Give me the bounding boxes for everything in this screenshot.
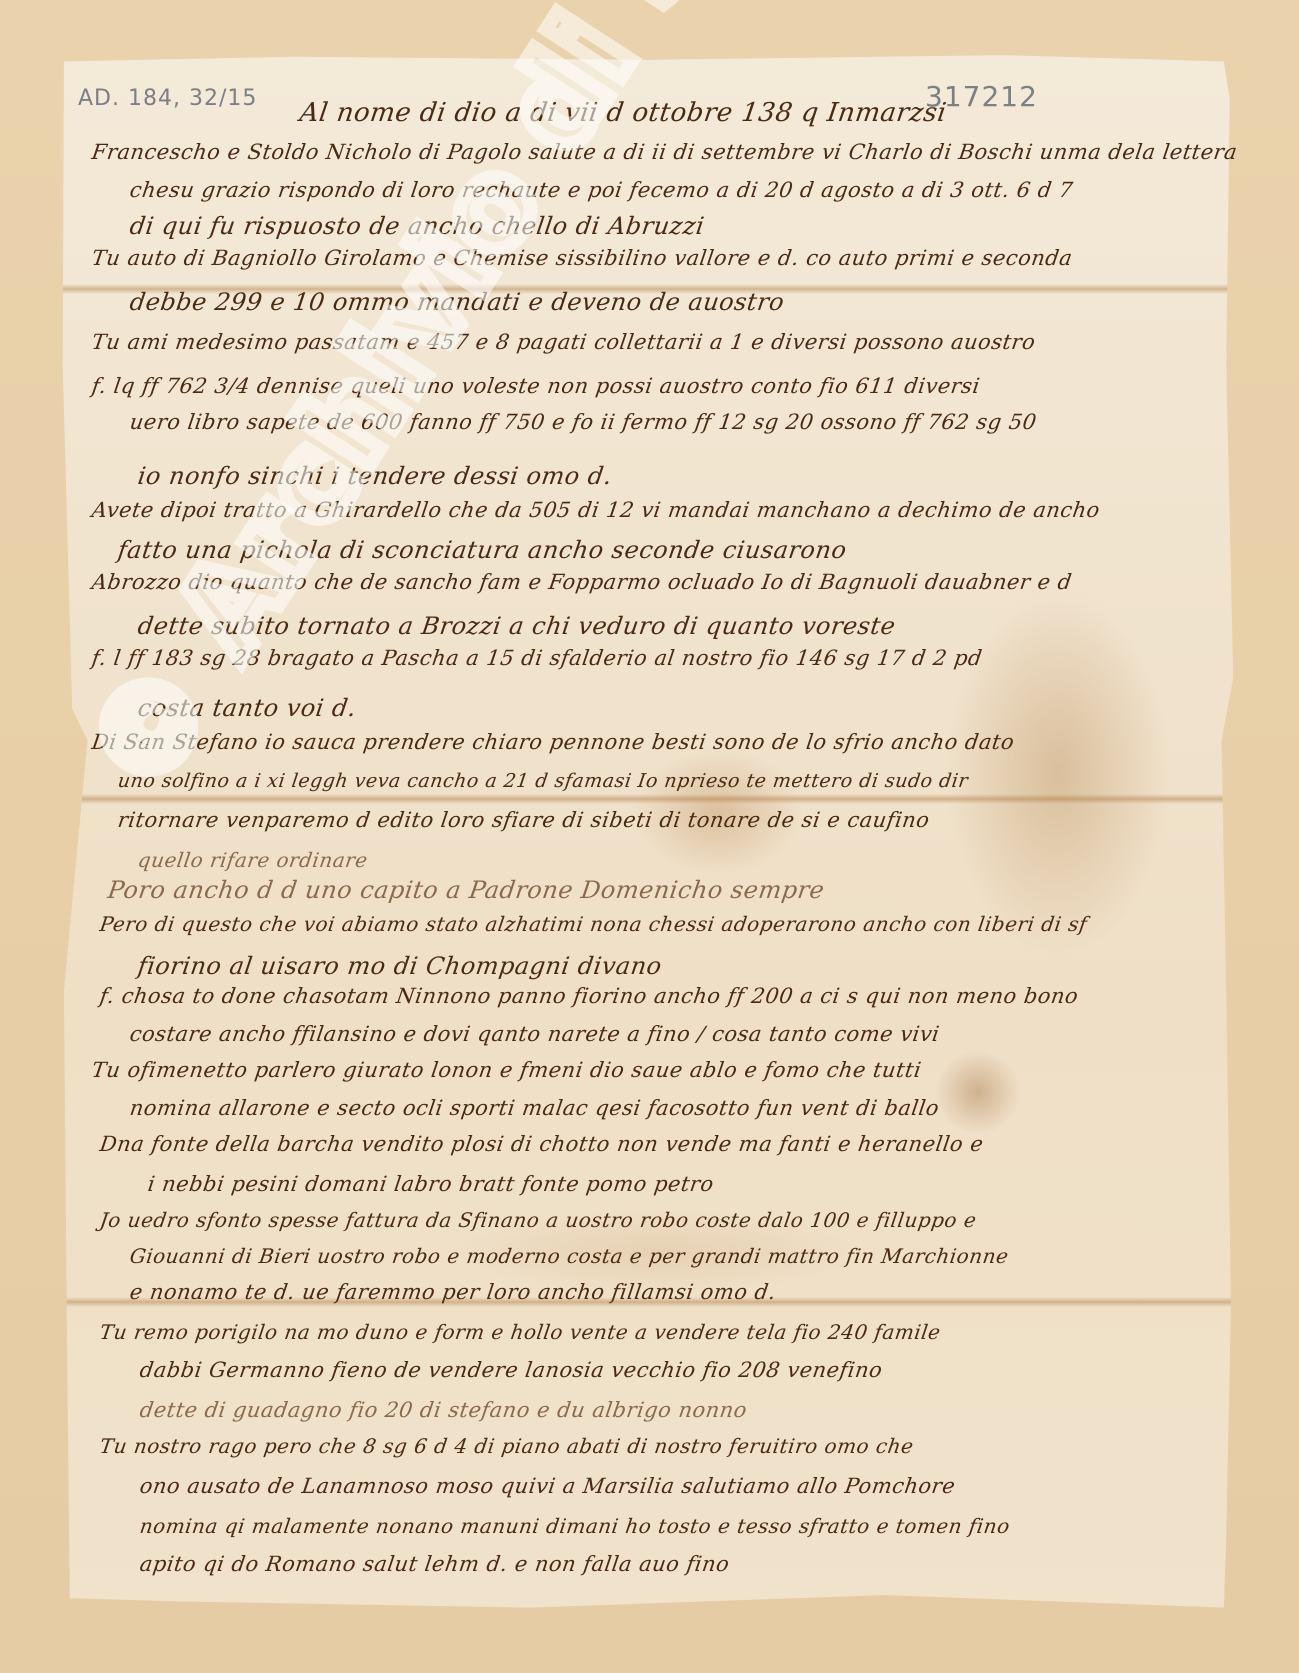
text-line: f. chosa to done chasotam Ninnono panno …	[98, 984, 1080, 1008]
manuscript-sheet	[58, 52, 1238, 1617]
text-line: costare ancho ffilansino e dovi qanto na…	[128, 1022, 941, 1046]
text-line: di qui fu rispuosto de ancho chello di A…	[128, 212, 706, 240]
text-line: io nonfo sinchi i tendere dessi omo d.	[136, 462, 614, 490]
text-line: uno solfino a i xi leggh veva cancho a 2…	[116, 770, 969, 792]
text-line: debbe 299 e 10 ommo mandati e deveno de …	[128, 288, 786, 316]
text-line: apito qi do Romano salut lehm d. e non f…	[138, 1552, 731, 1576]
text-line: i nebbi pesini domani labro bratt fonte …	[146, 1172, 715, 1196]
text-line: Jo uedro sfonto spesse fattura da Sfinan…	[98, 1208, 978, 1232]
text-line: Francescho e Stoldo Nicholo di Pagolo sa…	[90, 140, 1239, 164]
letter-heading: Al nome di dio a di vii d ottobre 138 q …	[298, 98, 949, 128]
text-line: fiorino al uisaro mo di Chompagni divano	[136, 952, 664, 980]
text-line: dabbi Germanno fieno de vendere lanosia …	[138, 1358, 884, 1382]
text-line: nomina qi malamente nonano manuni dimani…	[138, 1514, 1011, 1538]
text-line: Tu ami medesimo passatam e 457 e 8 pagat…	[90, 330, 1037, 354]
image-viewer-background: AD. 184, 32/15 317212 Al nome di dio a d…	[0, 0, 1299, 1673]
text-line: f. lq ff 762 3/4 dennise queli uno voles…	[90, 374, 981, 398]
text-line: Tu ofimenetto parlero giurato lonon e fm…	[90, 1058, 923, 1082]
text-line: Tu remo porigilo na mo duno e form e hol…	[98, 1320, 942, 1344]
text-line: costa tanto voi d.	[136, 694, 358, 722]
text-line: quello rifare ordinare	[136, 848, 369, 872]
text-line: dette subito tornato a Brozzi a chi vedu…	[136, 612, 897, 640]
fold-crease	[58, 794, 1238, 804]
shelfmark-annotation: AD. 184, 32/15	[78, 86, 257, 111]
text-line: fatto una pichola di sconciatura ancho s…	[116, 536, 848, 564]
text-line: e nonamo te d. ue faremmo per loro ancho…	[128, 1280, 777, 1304]
text-line: Tu nostro rago pero che 8 sg 6 d 4 di pi…	[98, 1434, 915, 1458]
text-line: uero libro sapete de 600 fanno ff 750 e …	[128, 410, 1038, 434]
text-line: f. l ff 183 sg 28 bragato a Pascha a 15 …	[90, 646, 983, 670]
text-line: ono ausato de Lanamnoso moso quivi a Mar…	[138, 1474, 957, 1498]
text-line: ritornare venparemo d edito loro sfiare …	[116, 808, 931, 832]
text-line: chesu grazio rispondo di loro rechaute e…	[128, 178, 1074, 202]
text-line: Abrozzo dio quanto che de sancho fam e F…	[90, 570, 1073, 594]
text-line: Dna fonte della barcha vendito plosi di …	[98, 1132, 985, 1156]
text-line: dette di guadagno fio 20 di stefano e du…	[138, 1398, 748, 1422]
text-line: Pero di questo che voi abiamo stato alzh…	[98, 912, 1089, 936]
text-line: Giouanni di Bieri uostro robo e moderno …	[128, 1244, 1010, 1268]
text-line: Tu auto di Bagniollo Girolamo e Chemise …	[90, 246, 1074, 270]
text-line: Di San Stefano io sauca prendere chiaro …	[90, 730, 1016, 754]
text-line: Avete dipoi tratto a Ghirardello che da …	[90, 498, 1101, 522]
text-line: nomina allarone e secto ocli sporti mala…	[128, 1096, 941, 1120]
text-line: Poro ancho d d uno capito a Padrone Dome…	[106, 876, 826, 904]
